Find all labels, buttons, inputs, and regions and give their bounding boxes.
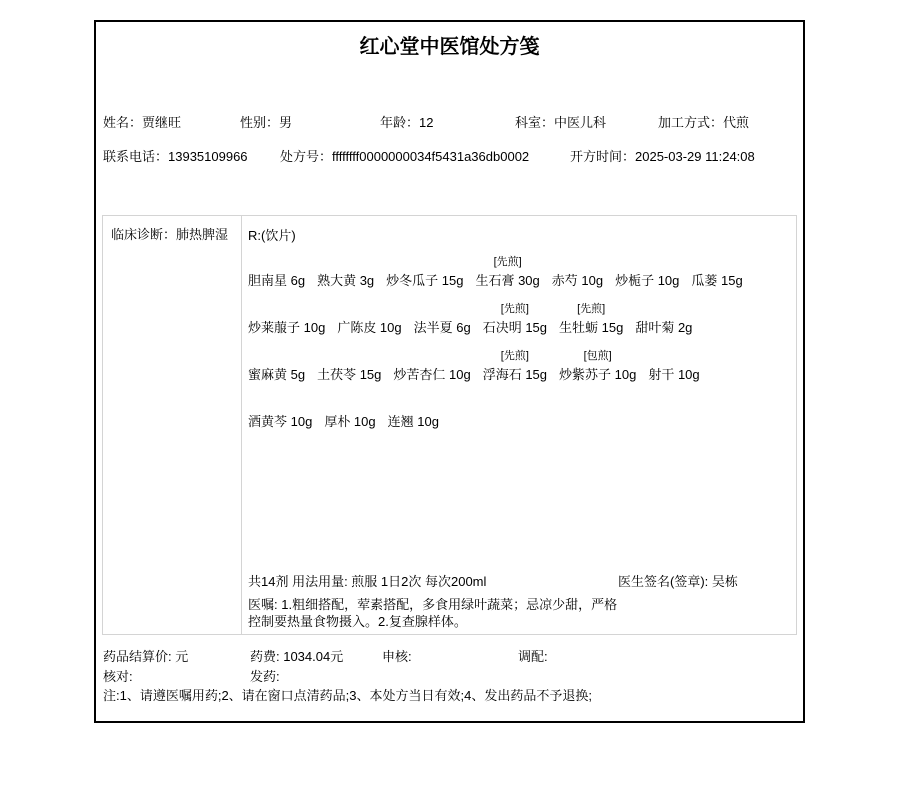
herb-item: 厚朴 10g <box>324 395 375 432</box>
herb-item: [先煎]石决明 15g <box>483 301 547 338</box>
dosage-summary: 共14剂 用法用量: 煎服 1日2次 每次200ml <box>248 574 486 590</box>
decoction-tag <box>248 254 305 271</box>
decoction-tag <box>393 348 470 365</box>
patient-age-field: 年龄：12 <box>380 115 433 131</box>
decoction-tag: [包煎] <box>559 348 636 365</box>
herb-item: 连翘 10g <box>388 395 439 432</box>
prescription-no-field: 处方号：ffffffff0000000034f5431a36db0002 <box>280 149 529 165</box>
herb-text: 蜜麻黄 5g <box>248 365 305 385</box>
decoction-tag <box>386 254 463 271</box>
herb-item: 炒苦杏仁 10g <box>393 348 470 385</box>
medical-advice-line2: 控制要热量食物摄入。2.复查腺样体。 <box>248 614 467 630</box>
herb-text: 广陈皮 10g <box>337 318 401 338</box>
decoction-tag <box>324 395 375 412</box>
herb-text: 熟大黄 3g <box>317 271 374 291</box>
processing-method-field: 加工方式：代煎 <box>658 115 749 131</box>
herb-text: 厚朴 10g <box>324 412 375 432</box>
herb-text: 生石膏 30g <box>475 271 539 291</box>
herb-text: 甜叶菊 2g <box>635 318 692 338</box>
herb-text: 酒黄芩 10g <box>248 412 312 432</box>
herb-item: [先煎]生牡蛎 15g <box>559 301 623 338</box>
rx-header: R:(饮片) <box>248 228 296 244</box>
doctor-signature: 医生签名(签章): 吴栋 <box>618 574 738 590</box>
herb-item: 炒莱菔子 10g <box>248 301 325 338</box>
herb-item: 熟大黄 3g <box>317 254 374 291</box>
decoction-tag <box>248 301 325 318</box>
herb-item: 赤芍 10g <box>552 254 603 291</box>
decoction-tag <box>317 254 374 271</box>
herb-text: 土茯苓 15g <box>317 365 381 385</box>
phone-field: 联系电话：13935109966 <box>103 149 248 165</box>
herb-text: 连翘 10g <box>388 412 439 432</box>
herb-text: 法半夏 6g <box>414 318 471 338</box>
herb-item: 蜜麻黄 5g <box>248 348 305 385</box>
decoction-tag: [先煎] <box>483 348 547 365</box>
prescription-time-field: 开方时间：2025-03-29 11:24:08 <box>570 149 755 165</box>
herb-item: 炒栀子 10g <box>615 254 679 291</box>
herb-item: [先煎]生石膏 30g <box>475 254 539 291</box>
herb-text: 生牡蛎 15g <box>559 318 623 338</box>
herb-item: 炒冬瓜子 15g <box>386 254 463 291</box>
decoction-tag: [先煎] <box>559 301 623 318</box>
diagnosis-column: 临床诊断：肺热脾湿 <box>103 216 242 634</box>
decoction-tag <box>414 301 471 318</box>
herb-item: 胆南星 6g <box>248 254 305 291</box>
herb-text: 赤芍 10g <box>552 271 603 291</box>
herb-text: 炒紫苏子 10g <box>559 365 636 385</box>
settle-price-field: 药品结算价: 元 <box>103 649 188 665</box>
herb-item: 法半夏 6g <box>414 301 471 338</box>
herb-text: 炒苦杏仁 10g <box>393 365 470 385</box>
herb-item: [先煎]浮海石 15g <box>483 348 547 385</box>
decoction-tag <box>248 395 312 412</box>
decoction-tag: [先煎] <box>483 301 547 318</box>
patient-name-field: 姓名：贾继旺 <box>103 115 181 131</box>
decoction-tag <box>615 254 679 271</box>
herb-line: 炒莱菔子 10g广陈皮 10g法半夏 6g[先煎]石决明 15g[先煎]生牡蛎 … <box>248 301 788 338</box>
herb-text: 炒冬瓜子 15g <box>386 271 463 291</box>
herb-text: 瓜蒌 15g <box>691 271 742 291</box>
herb-item: 射干 10g <box>648 348 699 385</box>
herb-text: 射干 10g <box>648 365 699 385</box>
herb-text: 炒栀子 10g <box>615 271 679 291</box>
decoction-tag <box>337 301 401 318</box>
medical-advice-line1: 医嘱: 1.粗细搭配，荤素搭配，多食用绿叶蔬菜；忌凉少甜，严格 <box>248 597 617 613</box>
decoction-tag: [先煎] <box>475 254 539 271</box>
herb-item: 广陈皮 10g <box>337 301 401 338</box>
herb-text: 胆南星 6g <box>248 271 305 291</box>
herb-line: 酒黄芩 10g厚朴 10g连翘 10g <box>248 395 788 432</box>
herb-text: 石决明 15g <box>483 318 547 338</box>
decoction-tag <box>248 348 305 365</box>
herb-list: 胆南星 6g熟大黄 3g炒冬瓜子 15g[先煎]生石膏 30g赤芍 10g炒栀子… <box>248 254 788 442</box>
herb-item: 酒黄芩 10g <box>248 395 312 432</box>
diagnosis-text: 临床诊断：肺热脾湿 <box>111 227 228 243</box>
fee-field: 药费: 1034.04元 <box>250 649 343 665</box>
herb-text: 浮海石 15g <box>483 365 547 385</box>
decoction-tag <box>635 301 692 318</box>
dispense-field: 发药: <box>250 669 280 685</box>
page-title: 红心堂中医馆处方笺 <box>94 36 805 58</box>
prescription-sheet: 红心堂中医馆处方笺 姓名：贾继旺 性别：男 年龄：12 科室：中医儿科 加工方式… <box>0 0 900 800</box>
note-text: 注:1、请遵医嘱用药;2、请在窗口点清药品;3、本处方当日有效;4、发出药品不予… <box>103 688 592 704</box>
herb-line: 蜜麻黄 5g土茯苓 15g炒苦杏仁 10g[先煎]浮海石 15g[包煎]炒紫苏子… <box>248 348 788 385</box>
decoction-tag <box>648 348 699 365</box>
decoction-tag <box>691 254 742 271</box>
herb-item: [包煎]炒紫苏子 10g <box>559 348 636 385</box>
herb-text: 炒莱菔子 10g <box>248 318 325 338</box>
decoction-tag <box>552 254 603 271</box>
department-field: 科室：中医儿科 <box>515 115 606 131</box>
herb-item: 瓜蒌 15g <box>691 254 742 291</box>
herb-line: 胆南星 6g熟大黄 3g炒冬瓜子 15g[先煎]生石膏 30g赤芍 10g炒栀子… <box>248 254 788 291</box>
prepare-field: 调配: <box>518 649 548 665</box>
herb-item: 甜叶菊 2g <box>635 301 692 338</box>
review-field: 申核: <box>382 649 412 665</box>
patient-gender-field: 性别：男 <box>240 115 292 131</box>
herb-item: 土茯苓 15g <box>317 348 381 385</box>
check-field: 核对: <box>103 669 133 685</box>
decoction-tag <box>388 395 439 412</box>
decoction-tag <box>317 348 381 365</box>
